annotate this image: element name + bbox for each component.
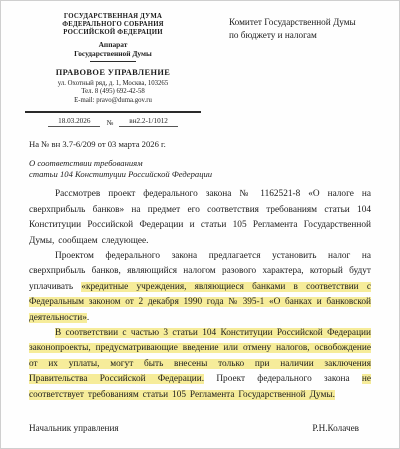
apparatus-block: Аппарат Государственной Думы — [25, 41, 201, 58]
highlighted-text: «кредитные учреждения, являющиеся банкам… — [29, 282, 371, 323]
letterhead-divider — [90, 61, 136, 62]
subject-block: О соответствии требованиям статьи 104 Ко… — [29, 158, 399, 180]
body-paragraph: Проектом федерального закона предлагаетс… — [29, 249, 371, 326]
org-name-line: РОССИЙСКОЙ ФЕДЕРАЦИИ — [25, 29, 201, 37]
subject-line: статьи 104 Конституции Российской Федера… — [29, 169, 399, 180]
org-name-line: ГОСУДАРСТВЕННАЯ ДУМА — [25, 13, 201, 21]
number-sign: № — [106, 119, 113, 127]
header-rule — [25, 111, 201, 113]
document-header: ГОСУДАРСТВЕННАЯ ДУМА ФЕДЕРАЛЬНОГО СОБРАН… — [1, 13, 399, 127]
recipient-block: Комитет Государственной Думы по бюджету … — [229, 13, 356, 127]
body-text: . — [87, 313, 89, 323]
document-page: ГОСУДАРСТВЕННАЯ ДУМА ФЕДЕРАЛЬНОГО СОБРАН… — [0, 0, 400, 449]
signer-title: Начальник управления — [29, 423, 119, 433]
signer-name: Р.Н.Колачев — [312, 423, 359, 433]
department-name: ПРАВОВОЕ УПРАВЛЕНИЕ — [25, 68, 201, 77]
contact-block: ул. Охотный ряд, д. 1, Москва, 103265 Те… — [25, 80, 201, 105]
apparatus-line: Государственной Думы — [25, 50, 201, 59]
body-text: Рассмотрев проект федерального закона № … — [29, 189, 371, 245]
reply-reference: На № вн 3.7-6/209 от 03 марта 2026 г. — [29, 139, 399, 149]
body: Рассмотрев проект федерального закона № … — [29, 187, 371, 403]
subject-line: О соответствии требованиям — [29, 158, 399, 169]
recipient-line: по бюджету и налогам — [229, 29, 356, 42]
outgoing-date: 18.03.2026 — [48, 117, 100, 127]
recipient-line: Комитет Государственной Думы — [229, 16, 356, 29]
body-text: Проект федерального закона — [204, 374, 362, 384]
email-line: E-mail: pravo@duma.gov.ru — [25, 97, 201, 105]
body-paragraph: Рассмотрев проект федерального закона № … — [29, 187, 371, 249]
address-line: ул. Охотный ряд, д. 1, Москва, 103265 — [25, 80, 201, 88]
org-name-line: ФЕДЕРАЛЬНОГО СОБРАНИЯ — [25, 21, 201, 29]
letterhead: ГОСУДАРСТВЕННАЯ ДУМА ФЕДЕРАЛЬНОГО СОБРАН… — [25, 13, 201, 127]
body-paragraph: В соответствии с частью 3 статьи 104 Кон… — [29, 326, 371, 403]
reference-row: 18.03.2026 № вн2.2-1/1012 — [25, 117, 201, 127]
signature-row: Начальник управления Р.Н.Колачев — [29, 423, 359, 433]
outgoing-number: вн2.2-1/1012 — [119, 117, 178, 127]
phone-line: Тел. 8 (495) 692-42-58 — [25, 88, 201, 96]
